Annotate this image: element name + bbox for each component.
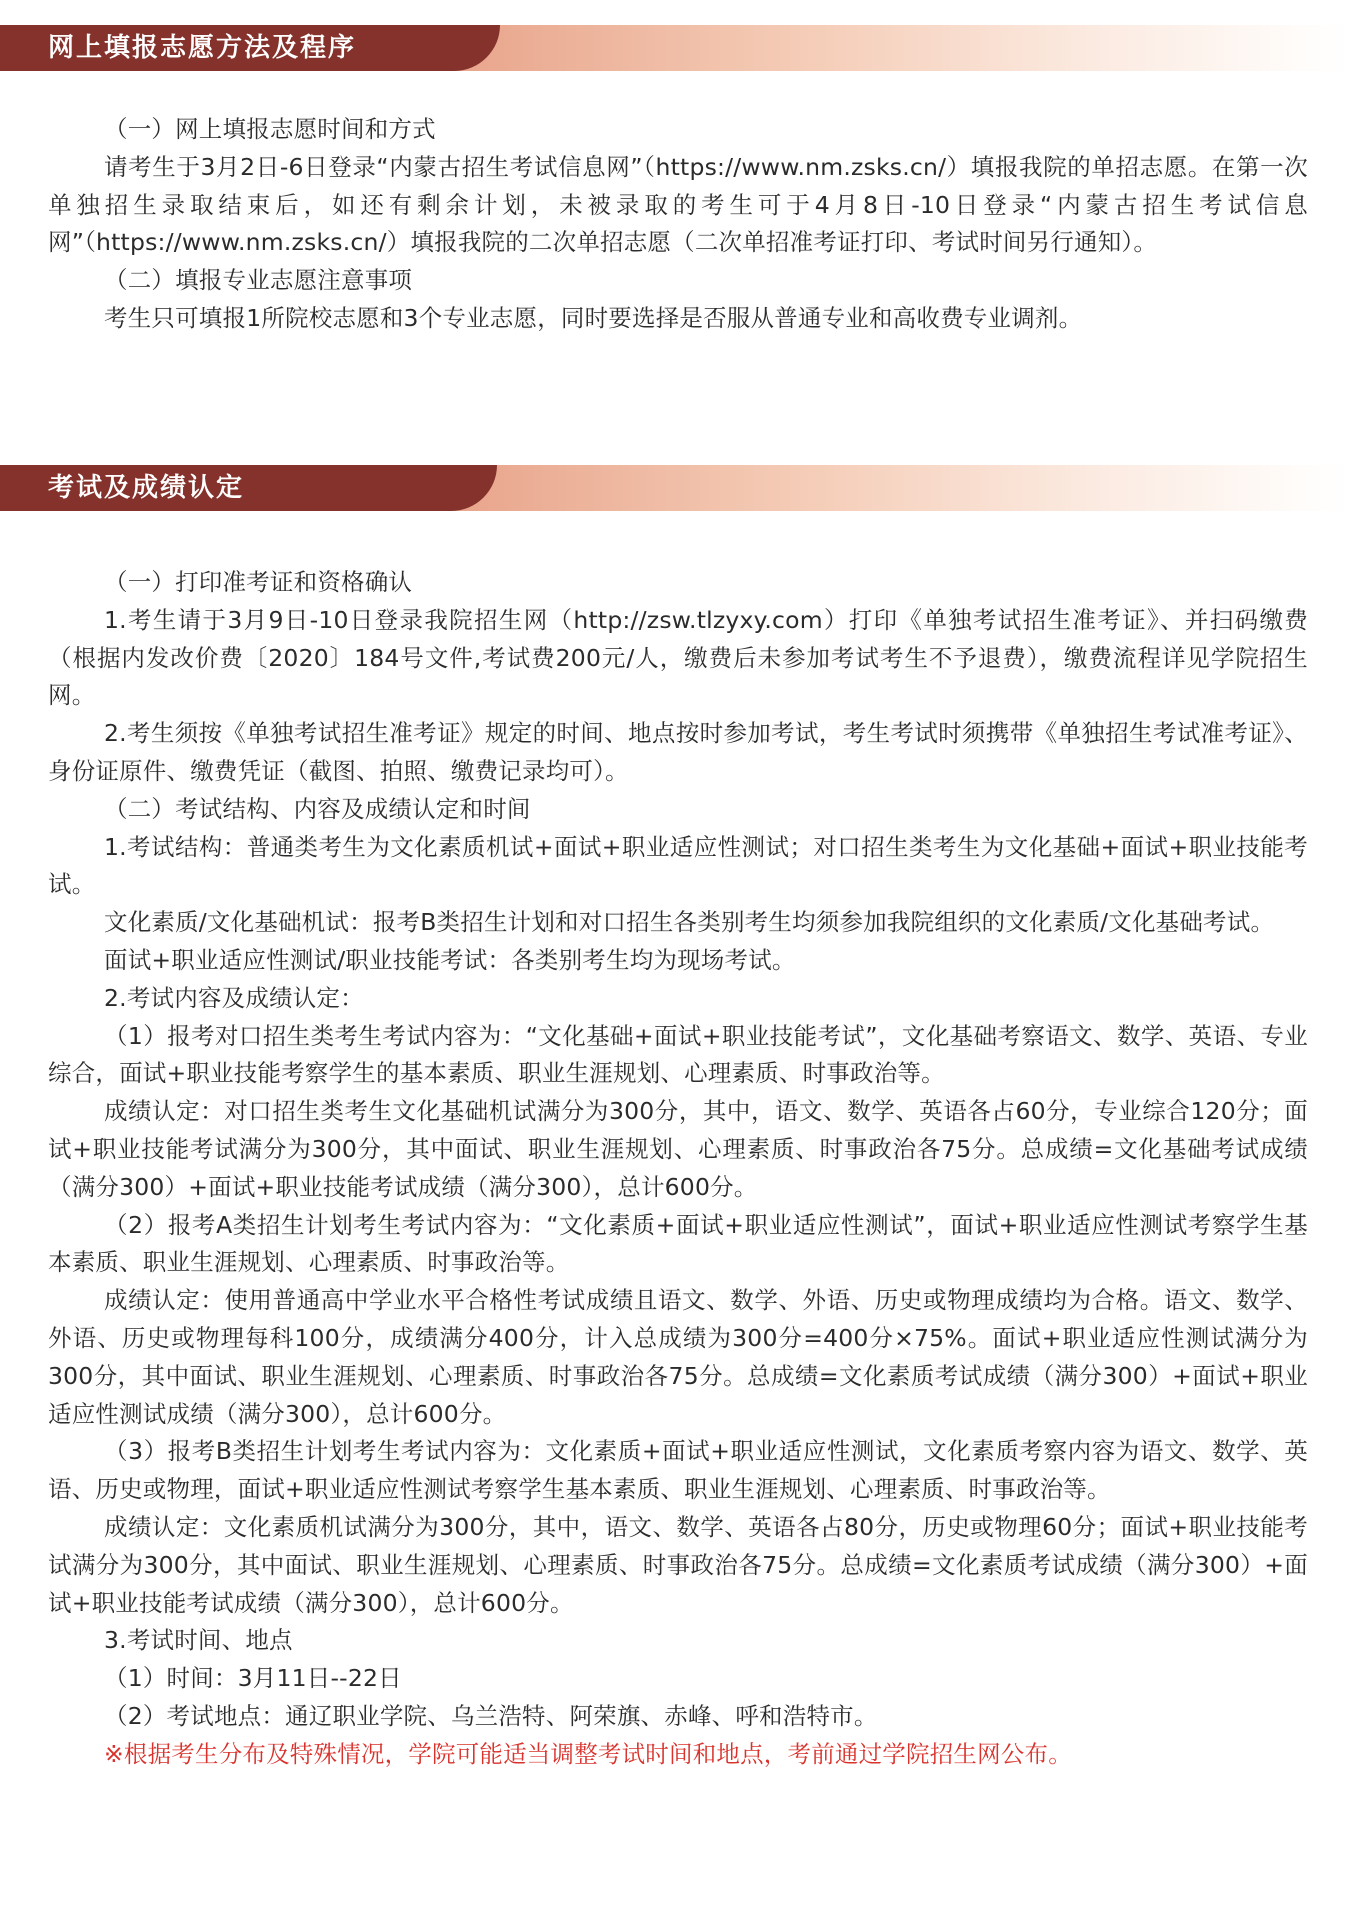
paragraph-culture-exam: 文化素质/文化基础机试：报考B类招生计划和对口招生各类别考生均须参加我院组织的文… bbox=[48, 904, 1308, 942]
section-heading-band-exam-scoring: 考试及成绩认定 bbox=[0, 465, 1352, 511]
paragraph-vocational-content: （1）报考对口招生类考生考试内容为：“文化基础+面试+职业技能考试”，文化基础考… bbox=[48, 1018, 1308, 1094]
subheading-time-and-method: （一）网上填报志愿时间和方式 bbox=[48, 111, 1308, 149]
paragraph-exam-structure: 1.考试结构：普通类考生为文化素质机试+面试+职业适应性测试；对口招生类考生为文… bbox=[48, 829, 1308, 905]
paragraph-print-ticket-payment: 1.考生请于3月9日-10日登录我院招生网（http://zsw.tlzyxy.… bbox=[48, 602, 1308, 715]
section-heading-online-application: 网上填报志愿方法及程序 bbox=[48, 25, 356, 71]
paragraph-interview-onsite: 面试+职业适应性测试/职业技能考试：各类别考生均为现场考试。 bbox=[48, 942, 1308, 980]
subheading-content-scoring: 2.考试内容及成绩认定： bbox=[48, 980, 1308, 1018]
section-exam-scoring: （一）打印准考证和资格确认 1.考生请于3月9日-10日登录我院招生网（http… bbox=[48, 564, 1308, 1774]
paragraph-class-b-content: （3）报考B类招生计划考生考试内容为：文化素质+面试+职业适应性测试，文化素质考… bbox=[48, 1433, 1308, 1509]
paragraph-exam-attendance: 2.考生须按《单独考试招生准考证》规定的时间、地点按时参加考试，考生考试时须携带… bbox=[48, 715, 1308, 791]
paragraph-class-a-scoring: 成绩认定：使用普通高中学业水平合格性考试成绩且语文、数学、外语、历史或物理成绩均… bbox=[48, 1282, 1308, 1433]
paragraph-preference-limits: 考生只可填报1所院校志愿和3个专业志愿，同时要选择是否服从普通专业和高收费专业调… bbox=[48, 300, 1308, 338]
notice-adjustment: ※根据考生分布及特殊情况，学院可能适当调整考试时间和地点，考前通过学院招生网公布… bbox=[48, 1736, 1308, 1774]
subheading-major-preference-notes: （二）填报专业志愿注意事项 bbox=[48, 262, 1308, 300]
paragraph-exam-time: （1）时间：3月11日--22日 bbox=[48, 1660, 1308, 1698]
subheading-admission-ticket: （一）打印准考证和资格确认 bbox=[48, 564, 1308, 602]
paragraph-class-a-content: （2）报考A类招生计划考生考试内容为：“文化素质+面试+职业适应性测试”，面试+… bbox=[48, 1207, 1308, 1283]
subheading-exam-structure: （二）考试结构、内容及成绩认定和时间 bbox=[48, 791, 1308, 829]
section-heading-band-online-application: 网上填报志愿方法及程序 bbox=[0, 25, 1352, 71]
section-online-application: （一）网上填报志愿时间和方式 请考生于3月2日-6日登录“内蒙古招生考试信息网”… bbox=[48, 111, 1308, 338]
paragraph-exam-locations: （2）考试地点：通辽职业学院、乌兰浩特、阿荣旗、赤峰、呼和浩特市。 bbox=[48, 1698, 1308, 1736]
paragraph-vocational-scoring: 成绩认定：对口招生类考生文化基础机试满分为300分，其中，语文、数学、英语各占6… bbox=[48, 1093, 1308, 1206]
subheading-exam-time-location: 3.考试时间、地点 bbox=[48, 1622, 1308, 1660]
paragraph-class-b-scoring: 成绩认定：文化素质机试满分为300分，其中，语文、数学、英语各占80分，历史或物… bbox=[48, 1509, 1308, 1622]
paragraph-application-time: 请考生于3月2日-6日登录“内蒙古招生考试信息网”（https://www.nm… bbox=[48, 149, 1308, 262]
section-heading-exam-scoring: 考试及成绩认定 bbox=[48, 465, 244, 511]
